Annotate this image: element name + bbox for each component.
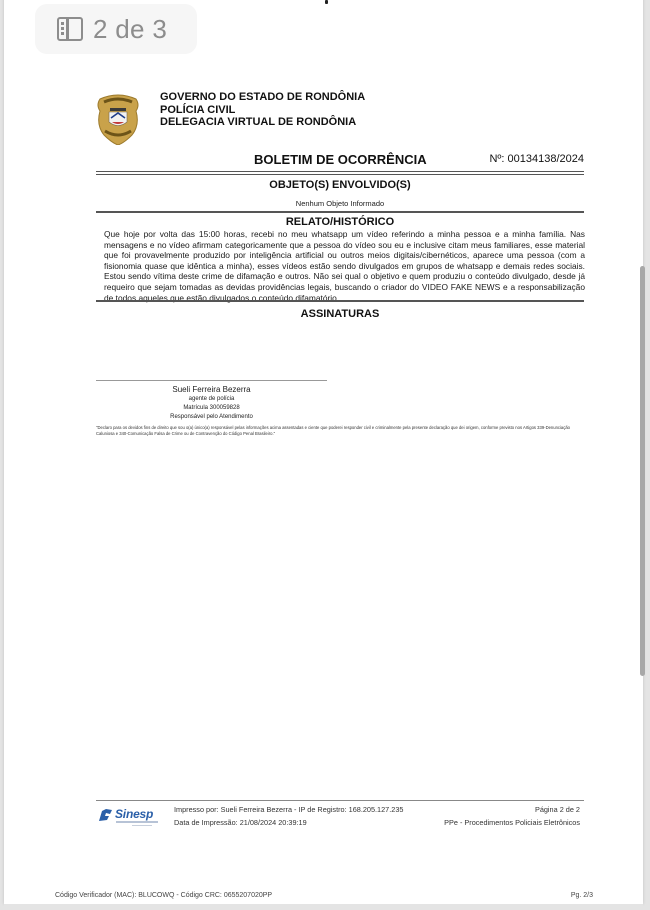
viewer-bottom-margin <box>4 904 643 910</box>
document-viewer: 2 de 3 GOVERNO DO ESTADO DE RONDÔNIA POL… <box>0 0 650 910</box>
printed-by: Impresso por: Sueli Ferreira Bezerra - I… <box>174 805 403 814</box>
signatures-title: ASSINATURAS <box>96 308 584 320</box>
org-line-police: POLÍCIA CIVIL <box>160 104 365 117</box>
footer-divider <box>96 800 584 801</box>
objects-value: Nenhum Objeto Informado <box>96 199 584 208</box>
document-number: Nº: 00134138/2024 <box>489 153 584 165</box>
signer-responsibility: Responsável pelo Atendimento <box>96 413 327 422</box>
legal-declaration: "Declaro para os devidos fins de direito… <box>96 425 588 436</box>
divider <box>96 211 584 213</box>
page-indicator-label: 2 de 3 <box>93 14 167 45</box>
sinesp-mark-icon <box>98 808 113 822</box>
document-title: BOLETIM DE OCORRÊNCIA <box>254 152 427 167</box>
signature-block: Sueli Ferreira Bezerra agente de polícia… <box>96 384 327 422</box>
sinesp-tagline <box>116 821 158 823</box>
footer-system-name: PPe - Procedimentos Policiais Eletrônico… <box>444 818 580 827</box>
org-line-delegacy: DELEGACIA VIRTUAL DE RONDÔNIA <box>160 116 365 129</box>
report-title: RELATO/HISTÓRICO <box>96 216 584 228</box>
divider <box>96 171 584 175</box>
title-row: BOLETIM DE OCORRÊNCIA Nº: 00134138/2024 <box>96 152 584 168</box>
sinesp-tagline-2 <box>132 825 152 826</box>
sidebar-icon <box>57 17 83 41</box>
objects-title: OBJETO(S) ENVOLVIDO(S) <box>96 179 584 191</box>
sinesp-wordmark: Sinesp <box>115 807 153 821</box>
page-indicator-button[interactable]: 2 de 3 <box>35 4 197 54</box>
signer-name: Sueli Ferreira Bezerra <box>96 384 327 395</box>
signer-registration: Matrícula 300059828 <box>96 404 327 413</box>
signature-line <box>96 380 327 381</box>
org-line-government: GOVERNO DO ESTADO DE RONDÔNIA <box>160 91 365 104</box>
divider <box>96 300 584 302</box>
print-date: Data de Impressão: 21/08/2024 20:39:19 <box>174 818 307 827</box>
verification-code: Código Verificador (MAC): BLUCOWQ - Códi… <box>55 892 272 899</box>
footer-page-number: Página 2 de 2 <box>535 805 580 814</box>
viewer-page-number: Pg. 2/3 <box>571 892 593 899</box>
top-mark <box>325 0 328 4</box>
sinesp-logo: Sinesp <box>98 806 160 828</box>
signer-role: agente de polícia <box>96 395 327 404</box>
vertical-scrollbar[interactable] <box>640 266 645 676</box>
report-text: Que hoje por volta das 15:00 horas, rece… <box>104 229 585 303</box>
organization-name: GOVERNO DO ESTADO DE RONDÔNIA POLÍCIA CI… <box>160 91 365 145</box>
document-header: GOVERNO DO ESTADO DE RONDÔNIA POLÍCIA CI… <box>96 91 365 145</box>
policia-civil-badge-icon <box>96 91 140 145</box>
